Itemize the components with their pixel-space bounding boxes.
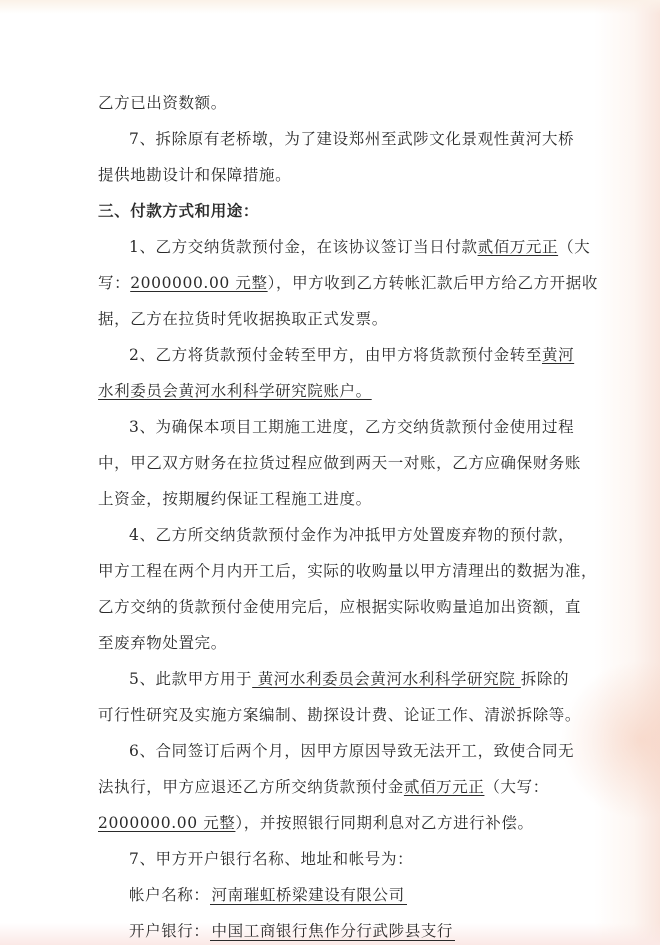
line-text: 2、乙方将货款预付金转至甲方，由甲方将货款预付金转至 bbox=[129, 346, 542, 364]
text-line: 可行性研究及实施方案编制、勘探设计费、论证工作、清淤拆除等。 bbox=[98, 705, 568, 725]
clause-2: 2、乙方将货款预付金转至甲方，由甲方将货款预付金转至黄河 bbox=[129, 345, 599, 365]
line-text: 至废弃物处置完。 bbox=[98, 634, 227, 652]
line-text: 拆除的 bbox=[521, 670, 569, 688]
amount-numeric: 2000000.00 元整 bbox=[98, 814, 235, 832]
amount-chinese: 贰佰万元正 bbox=[478, 238, 559, 256]
line-text: 乙方交纳的货款预付金使用完后，应根据实际收购量追加出资额，直 bbox=[98, 598, 581, 616]
field-label: 帐户名称： bbox=[129, 886, 210, 904]
scan-edge-tint bbox=[0, 0, 660, 14]
line-text: 乙方已出资数额。 bbox=[98, 94, 227, 112]
line-text: 6、合同签订后两个月，因甲方原因导致无法开工，致使合同无 bbox=[129, 742, 574, 760]
line-text: ），并按照银行同期利息对乙方进行补偿。 bbox=[235, 814, 533, 832]
line-text: 中，甲乙双方财务在拉货过程应做到两天一对账，乙方应确保财务账 bbox=[98, 454, 581, 472]
line-text: ），甲方收到乙方转帐汇款后甲方给乙方开据收 bbox=[268, 274, 598, 292]
clause-5: 5、此款甲方用于 黄河水利委员会黄河水利科学研究院 拆除的 bbox=[129, 669, 599, 689]
text-line: 至废弃物处置完。 bbox=[98, 633, 568, 653]
text-line: 2000000.00 元整），并按照银行同期利息对乙方进行补偿。 bbox=[98, 813, 568, 833]
institute-name: 黄河水利委员会黄河水利科学研究院 bbox=[252, 670, 521, 688]
line-text: 5、此款甲方用于 bbox=[129, 670, 252, 688]
line-text: 提供地勘设计和保障措施。 bbox=[98, 166, 291, 184]
line-text: 写： bbox=[98, 274, 130, 292]
amount-numeric: 2000000.00 元整 bbox=[130, 274, 267, 292]
text-line: 上资金，按期履约保证工程施工进度。 bbox=[98, 489, 568, 509]
line-text: 甲方工程在两个月内开工后，实际的收购量以甲方清理出的数据为准， bbox=[98, 562, 597, 580]
text-line: 乙方交纳的货款预付金使用完后，应根据实际收购量追加出资额，直 bbox=[98, 597, 568, 617]
clause-3: 3、为确保本项目工期施工进度，乙方交纳货款预付金使用过程 bbox=[129, 417, 599, 437]
amount-chinese: 贰佰万元正 bbox=[404, 778, 485, 796]
clause-4: 4、乙方所交纳货款预付金作为冲抵甲方处置废弃物的预付款， bbox=[129, 525, 599, 545]
clause-1: 1、乙方交纳货款预付金，在该协议签订当日付款贰佰万元正（大 bbox=[129, 237, 599, 257]
line-text: 7、拆除原有老桥墩，为了建设郑州至武陟文化景观性黄河大桥 bbox=[129, 130, 574, 148]
bank-name-row: 开户银行： 中国工商银行焦作分行武陟县支行 bbox=[129, 921, 599, 941]
line-text: 1、乙方交纳货款预付金，在该协议签订当日付款 bbox=[129, 238, 478, 256]
text-line: 中，甲乙双方财务在拉货过程应做到两天一对账，乙方应确保财务账 bbox=[98, 453, 568, 473]
text-line: 写：2000000.00 元整），甲方收到乙方转帐汇款后甲方给乙方开据收 bbox=[98, 273, 568, 293]
line-text: 7、甲方开户银行名称、地址和帐号为： bbox=[129, 850, 413, 868]
heading-text: 三、付款方式和用途： bbox=[98, 201, 259, 220]
text-line: 乙方已出资数额。 bbox=[98, 93, 568, 113]
clause-7-demolition: 7、拆除原有老桥墩，为了建设郑州至武陟文化景观性黄河大桥 bbox=[129, 129, 599, 149]
line-text: （大 bbox=[558, 238, 590, 256]
document-page: 乙方已出资数额。 7、拆除原有老桥墩，为了建设郑州至武陟文化景观性黄河大桥 提供… bbox=[0, 0, 660, 945]
line-text: 3、为确保本项目工期施工进度，乙方交纳货款预付金使用过程 bbox=[129, 418, 574, 436]
section-heading-payment: 三、付款方式和用途： bbox=[98, 201, 568, 221]
line-text: （大写： bbox=[484, 778, 548, 796]
text-line: 法执行，甲方应退还乙方所交纳货款预付金贰佰万元正（大写： bbox=[98, 777, 568, 797]
bank-name-value: 中国工商银行焦作分行武陟县支行 bbox=[210, 922, 456, 941]
line-text: 法执行，甲方应退还乙方所交纳货款预付金 bbox=[98, 778, 404, 796]
account-name-row: 帐户名称： 河南璀虹桥梁建设有限公司 bbox=[129, 885, 599, 905]
text-line: 提供地勘设计和保障措施。 bbox=[98, 165, 568, 185]
field-label: 开户银行： bbox=[129, 922, 210, 940]
account-holder: 水利委员会黄河水利科学研究院账户。 bbox=[98, 382, 372, 400]
account-name-value: 河南璀虹桥梁建设有限公司 bbox=[210, 886, 407, 905]
text-line: 水利委员会黄河水利科学研究院账户。 bbox=[98, 381, 568, 401]
clause-6: 6、合同签订后两个月，因甲方原因导致无法开工，致使合同无 bbox=[129, 741, 599, 761]
text-line: 甲方工程在两个月内开工后，实际的收购量以甲方清理出的数据为准， bbox=[98, 561, 568, 581]
line-text: 据，乙方在拉货时凭收据换取正式发票。 bbox=[98, 310, 388, 328]
line-text: 上资金，按期履约保证工程施工进度。 bbox=[98, 490, 372, 508]
account-holder: 黄河 bbox=[542, 346, 574, 364]
line-text: 可行性研究及实施方案编制、勘探设计费、论证工作、清淤拆除等。 bbox=[98, 706, 581, 724]
clause-7-bank: 7、甲方开户银行名称、地址和帐号为： bbox=[129, 849, 599, 869]
line-text: 4、乙方所交纳货款预付金作为冲抵甲方处置废弃物的预付款， bbox=[129, 526, 574, 544]
text-line: 据，乙方在拉货时凭收据换取正式发票。 bbox=[98, 309, 568, 329]
